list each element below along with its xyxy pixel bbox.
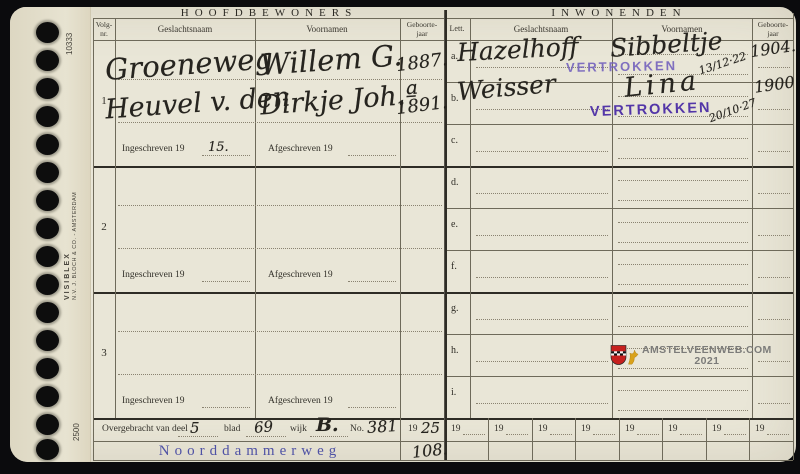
write-line [118,374,442,375]
surname-entry: Weisser [456,69,557,107]
write-line [118,122,442,123]
colhead-volgnr-2: nr. [93,29,115,38]
row-letter: i. [451,387,456,398]
binder-hole [36,439,59,460]
binder-hole [36,190,59,211]
year-cell: 19 [712,424,722,434]
blad-label: blad [224,424,240,434]
binder-hole [36,22,59,43]
binder-hole [36,358,59,379]
rule [445,208,793,209]
binder-hole [36,274,59,295]
no-value: 381 [366,416,398,437]
rule [93,18,94,460]
watermark-crest-icon [610,344,639,368]
watermark-year: 2021 [694,355,719,367]
colhead-geboortejaar-r-1: Geboorte- [754,20,792,29]
write-line [758,403,790,404]
ingeschreven-label: Ingeschreven 19 [122,144,185,154]
year-cell: 19 [625,424,635,434]
blad-value: 69 [253,417,274,437]
form-number-bottom: 2500 [72,405,81,441]
watermark: AMSTELVEENWEB.COM 2021 [610,344,772,368]
year-cell-written: 25 [421,419,440,437]
write-line [758,109,790,110]
row-letter: h. [451,345,459,356]
write-line [680,434,702,435]
write-line [618,242,748,243]
rule [662,418,663,461]
printer-imprint: VISIBLEX N.V. J. BLOCH & CO. - AMSTERDAM [64,175,78,300]
colhead-geslachtsnaam-r: Geslachtsnaam [481,24,601,34]
rule [532,418,533,461]
colhead-voornamen: Voornamen [267,24,387,34]
rule [93,460,793,461]
rule [255,18,256,418]
rule [488,418,489,461]
write-line [476,235,608,236]
binder-hole [36,134,59,155]
write-line [618,200,748,201]
write-line [118,205,442,206]
row-letter: c. [451,135,458,146]
rule [445,250,793,251]
write-line [758,277,790,278]
write-line [593,434,615,435]
write-line [348,281,396,282]
afgeschreven-label: Afgeschreven 19 [268,144,333,154]
write-line [758,67,790,68]
afgeschreven-label: Afgeschreven 19 [268,396,333,406]
binder-hole [36,302,59,323]
colhead-lett: Lett. [444,24,470,33]
write-line [618,326,748,327]
binder-hole [36,330,59,351]
no-label: No. [350,424,364,434]
write-line [618,410,748,411]
register-card: 10333 VISIBLEX N.V. J. BLOCH & CO. - AMS… [10,7,796,462]
row-letter: e. [451,219,458,230]
write-line [758,319,790,320]
write-line [758,151,790,152]
write-line [202,281,250,282]
rule [706,418,707,461]
write-line [550,434,572,435]
street-name-stamp: Noorddammerweg [150,443,350,460]
house-number: 108. [411,439,448,462]
write-line [202,155,250,156]
year-cell: 19 [755,424,765,434]
departure-date: 20/10·27 [707,96,758,125]
row-letter: d. [451,177,459,188]
row-letter: g. [451,303,459,314]
rule [93,18,793,19]
write-line [476,109,608,110]
rule-heavy [444,10,447,460]
year-cell-printed: 19 [408,424,418,434]
watermark-text: AMSTELVEENWEB.COM 2021 [642,345,772,367]
printer-brand-sub: N.V. J. BLOCH & CO. - AMSTERDAM [72,175,78,300]
year-cell: 19 [494,424,504,434]
write-line [348,155,396,156]
write-line [118,248,442,249]
wijk-value: B. [316,414,339,436]
colhead-volgnr-1: Volg- [93,20,115,29]
year-cell: 19 [581,424,591,434]
write-line [758,235,790,236]
row-number: 2 [93,221,115,233]
afgeschreven-label: Afgeschreven 19 [268,270,333,280]
transfer-label: Overgebracht van deel [102,424,188,434]
surname-entry: Hazelhoff [456,32,579,67]
colhead-geboortejaar-2: jaar [401,29,443,38]
write-line [476,361,608,362]
form-number-top: 10333 [65,13,74,55]
write-line [246,436,286,437]
write-line [506,434,528,435]
vertrokken-stamp: VERTROKKEN [590,100,712,120]
firstnames-entry: Willem G. [259,38,403,82]
transfer-deel-value: 5 [190,419,200,437]
birthyear-entry: 1887. [395,49,449,76]
year-cell: 19 [668,424,678,434]
write-line [637,434,659,435]
colhead-geslachtsnaam: Geslachtsnaam [125,24,245,34]
write-line [476,193,608,194]
rule-heavy [93,292,793,294]
binder-hole [36,50,59,71]
binder-hole [36,218,59,239]
binder-hole [36,386,59,407]
rule [445,124,793,125]
rule [575,418,576,461]
write-line [767,434,789,435]
binder-hole [36,78,59,99]
ingeschreven-label: Ingeschreven 19 [122,396,185,406]
write-line [618,264,748,265]
write-line [724,434,746,435]
write-line [618,284,748,285]
write-line [348,407,396,408]
year-cell: 19 [451,424,461,434]
printer-brand: VISIBLEX [64,175,71,300]
year-cell: 19 [538,424,548,434]
binder-hole [36,414,59,435]
wijk-label: wijk [290,424,307,434]
write-line [476,151,608,152]
birthyear-entry: 1900 [753,72,796,96]
write-line [476,277,608,278]
write-line [618,138,748,139]
write-line [202,407,250,408]
write-line [758,193,790,194]
binder-hole [36,106,59,127]
write-line [310,436,348,437]
rule-heavy [93,166,793,168]
rule [619,418,620,461]
vertrokken-stamp: VERTROKKEN [566,58,677,75]
write-line [618,222,748,223]
colhead-geboortejaar-1: Geboorte- [401,20,443,29]
ingeschreven-label: Ingeschreven 19 [122,270,185,280]
rule [749,418,750,461]
binder-hole [36,162,59,183]
rule [445,376,793,377]
write-line [476,403,608,404]
row-number: 3 [93,347,115,359]
write-line [618,180,748,181]
write-line [463,434,485,435]
write-line [618,306,748,307]
write-line [618,158,748,159]
write-line [618,390,748,391]
row-letter: f. [451,261,457,272]
write-line [118,331,442,332]
rule [445,334,793,335]
ingeschreven-value: 15. [208,140,229,155]
write-line [618,368,748,369]
binder-hole [36,246,59,267]
write-line [476,319,608,320]
